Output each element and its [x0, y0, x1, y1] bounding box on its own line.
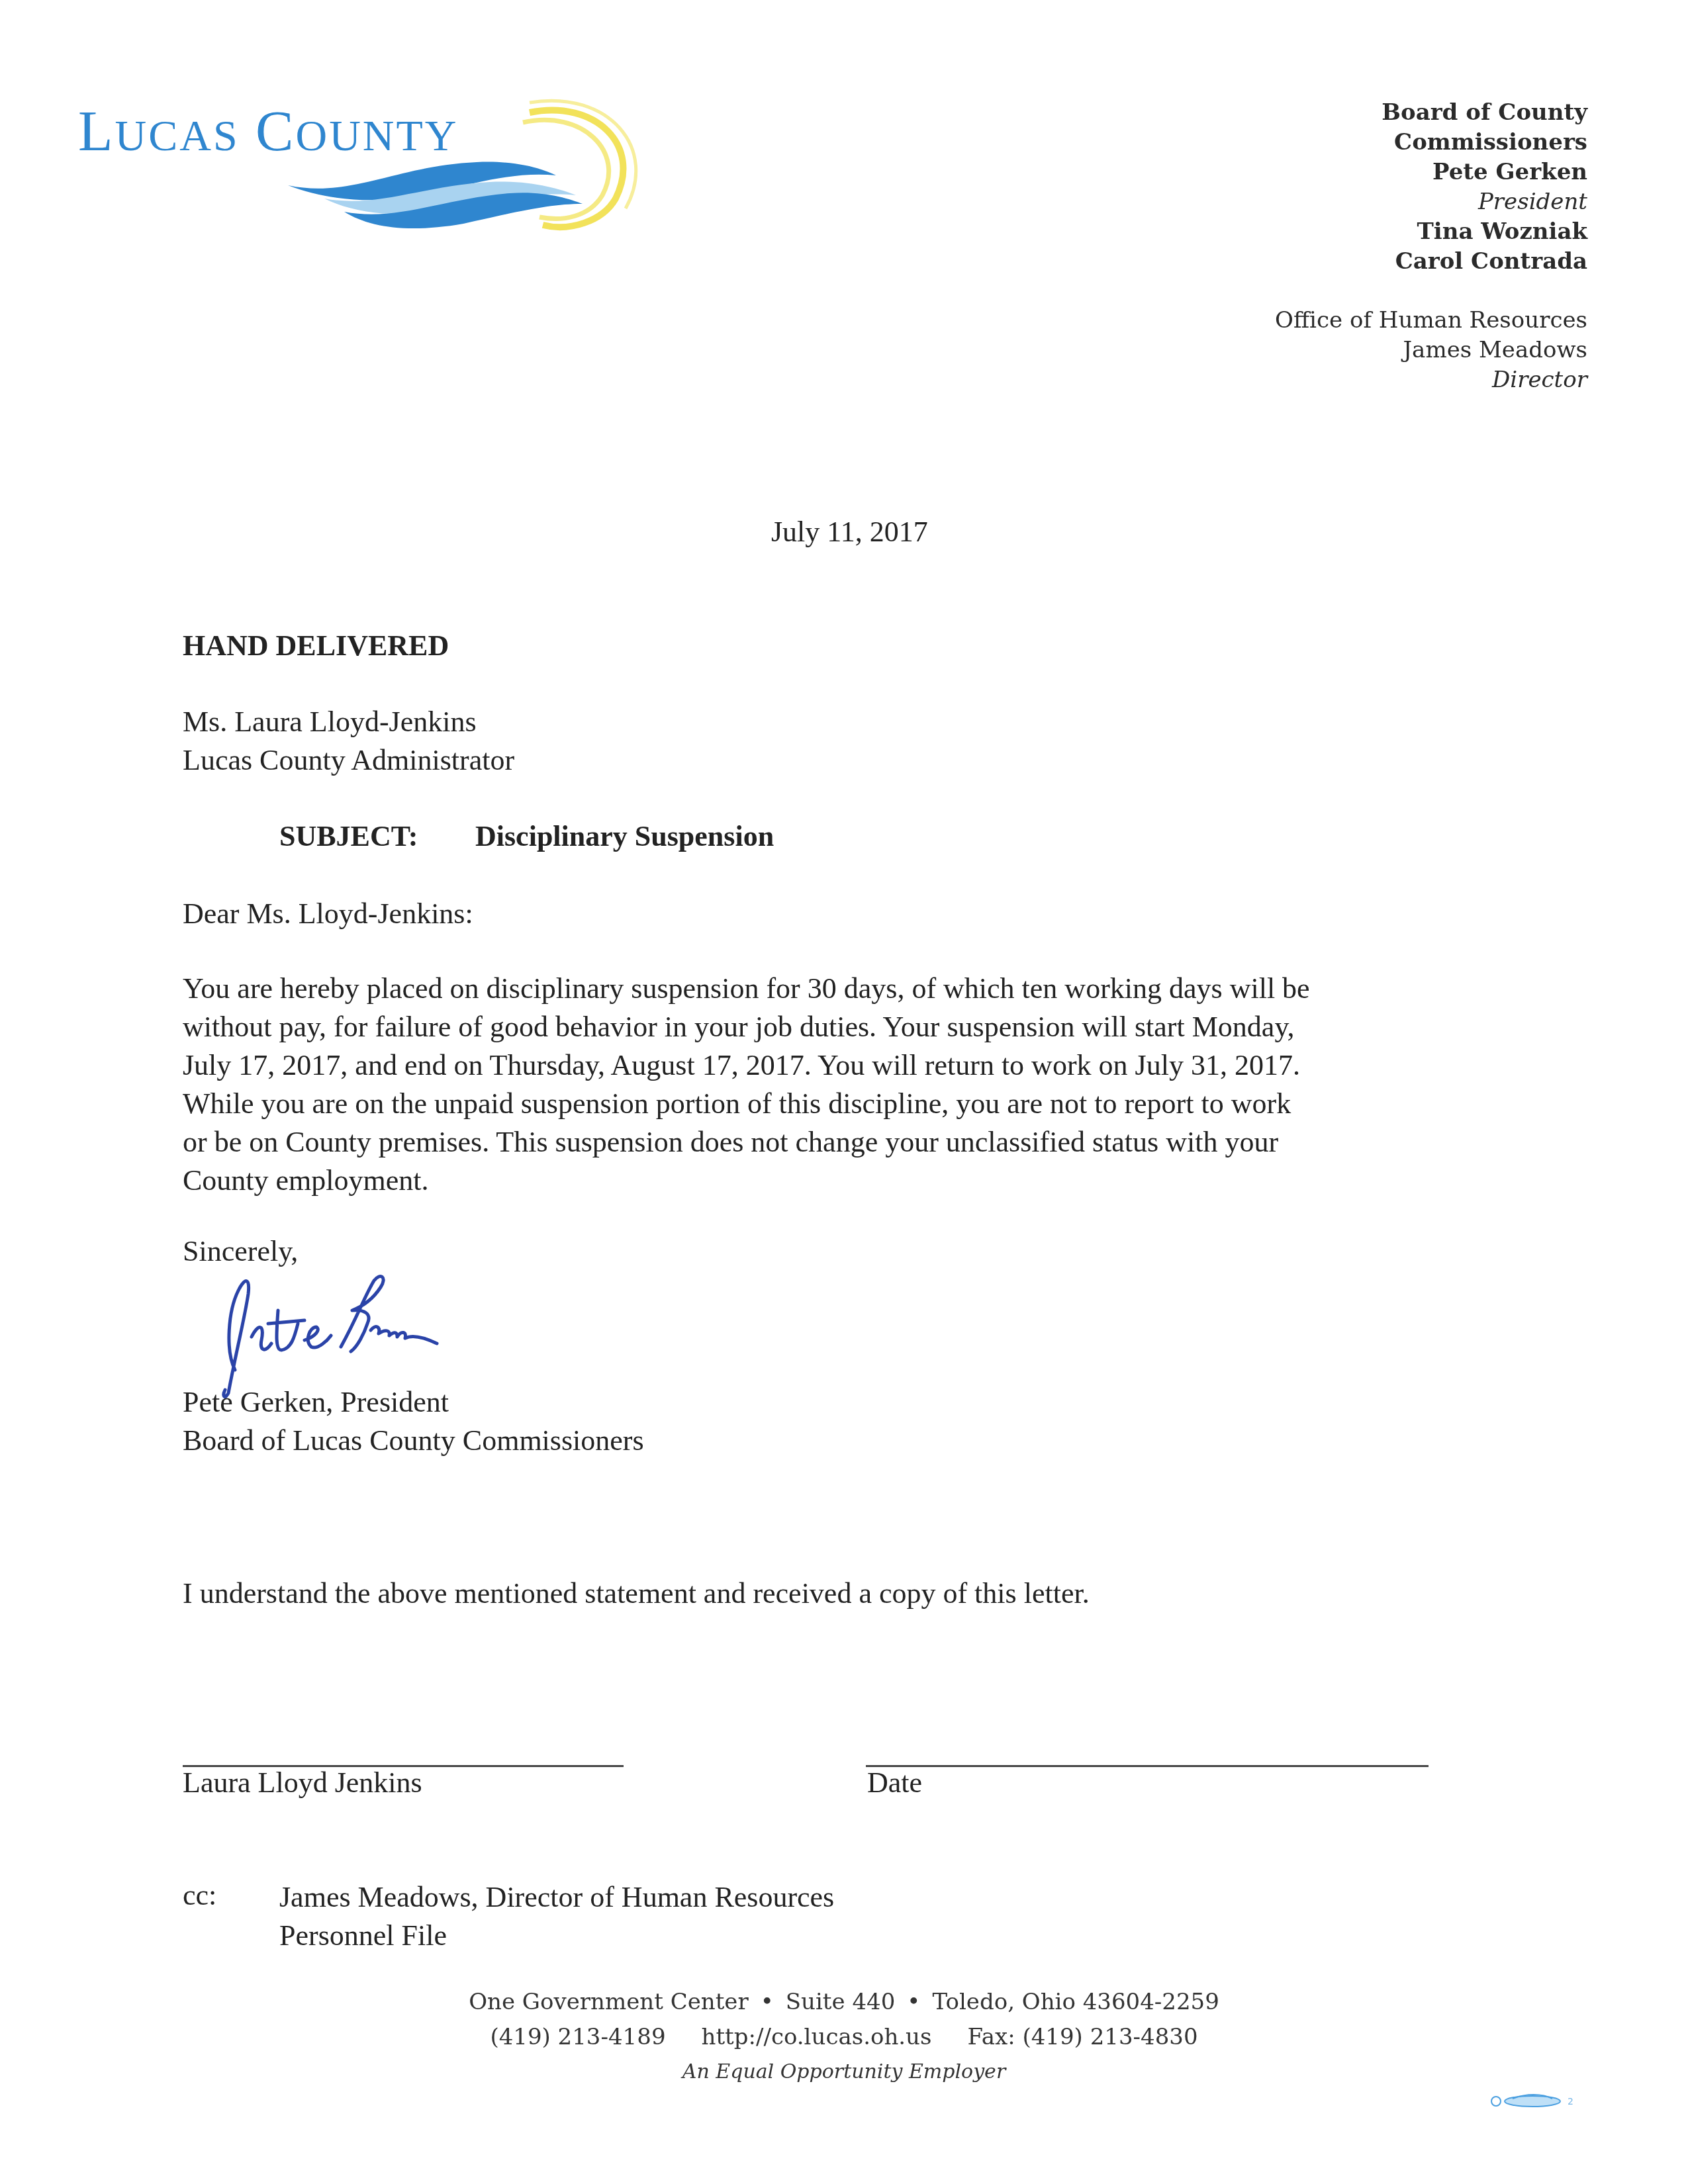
union-bug-icon: 2 [1489, 2093, 1582, 2108]
footer-address: One Government Center•Suite 440•Toledo, … [0, 1989, 1688, 2015]
body-paragraph: You are hereby placed on disciplinary su… [183, 970, 1467, 1200]
delivery-method: HAND DELIVERED [183, 629, 449, 662]
subject-text: Disciplinary Suspension [475, 820, 774, 852]
signer-organization: Board of Lucas County Commissioners [183, 1422, 644, 1460]
logo-wordmark: LUCAS COUNTY [78, 98, 458, 164]
recipient-name: Ms. Laura Lloyd-Jenkins [183, 703, 514, 741]
letter-date: July 11, 2017 [771, 515, 928, 549]
footer-building: One Government Center [469, 1989, 749, 2015]
body-line: County employment. [183, 1161, 1467, 1200]
letter-page: LUCAS COUNTY Board of County Commissione… [0, 0, 1688, 2184]
footer-city: Toledo, Ohio 43604-2259 [932, 1989, 1219, 2015]
date-label: Date [867, 1766, 922, 1799]
recipient-title: Lucas County Administrator [183, 741, 514, 780]
footer-tagline: An Equal Opportunity Employer [0, 2060, 1688, 2083]
logo-initial-l: L [78, 99, 115, 163]
subject-line: SUBJECT:Disciplinary Suspension [279, 819, 774, 853]
union-mark-number: 2 [1568, 2097, 1573, 2107]
director-name: James Meadows [1275, 336, 1587, 365]
footer-website-link[interactable]: http://co.lucas.oh.us [702, 2024, 932, 2050]
cc-recipient: Personnel File [279, 1917, 834, 1955]
commissioner-name: Carol Contrada [1275, 247, 1587, 277]
bullet-separator-icon: • [761, 1989, 774, 2015]
logo-word-lucas: UCAS [115, 112, 240, 160]
body-line: July 17, 2017, and end on Thursday, Augu… [183, 1046, 1467, 1085]
office-name: Office of Human Resources [1275, 306, 1587, 336]
date-signature-line[interactable] [866, 1765, 1429, 1767]
logo-word-county: OUNTY [295, 112, 458, 160]
lucas-county-logo: LUCAS COUNTY [66, 86, 649, 238]
salutation: Dear Ms. Lloyd-Jenkins: [183, 897, 473, 931]
recipient-address: Ms. Laura Lloyd-Jenkins Lucas County Adm… [183, 703, 514, 780]
signer-name: Pete Gerken, President [183, 1383, 644, 1422]
logo-initial-c: C [256, 99, 295, 163]
board-line-1: Board of County [1275, 98, 1587, 128]
director-title: Director [1275, 365, 1587, 395]
body-line: While you are on the unpaid suspension p… [183, 1085, 1467, 1123]
footer-contact: (419) 213-4189http://co.lucas.oh.usFax: … [0, 2024, 1688, 2050]
bullet-separator-icon: • [907, 1989, 920, 2015]
subject-label: SUBJECT: [279, 819, 475, 853]
footer-suite: Suite 440 [786, 1989, 896, 2015]
cc-label: cc: [183, 1878, 216, 1912]
president-name: Pete Gerken [1275, 158, 1587, 187]
body-line: without pay, for failure of good behavio… [183, 1008, 1467, 1046]
body-line: You are hereby placed on disciplinary su… [183, 970, 1467, 1008]
body-line: or be on County premises. This suspensio… [183, 1123, 1467, 1161]
footer-phone: (419) 213-4189 [490, 2024, 665, 2050]
letterhead-officials: Board of County Commissioners Pete Gerke… [1275, 98, 1587, 395]
commissioner-name: Tina Wozniak [1275, 217, 1587, 247]
board-line-2: Commissioners [1275, 128, 1587, 158]
employee-signature-label: Laura Lloyd Jenkins [183, 1766, 422, 1799]
footer-fax: Fax: (419) 213-4830 [967, 2024, 1197, 2050]
president-title: President [1275, 187, 1587, 217]
cc-list: James Meadows, Director of Human Resourc… [279, 1878, 834, 1955]
acknowledgement-statement: I understand the above mentioned stateme… [183, 1576, 1090, 1610]
cc-recipient: James Meadows, Director of Human Resourc… [279, 1878, 834, 1917]
signer-block: Pete Gerken, President Board of Lucas Co… [183, 1383, 644, 1460]
